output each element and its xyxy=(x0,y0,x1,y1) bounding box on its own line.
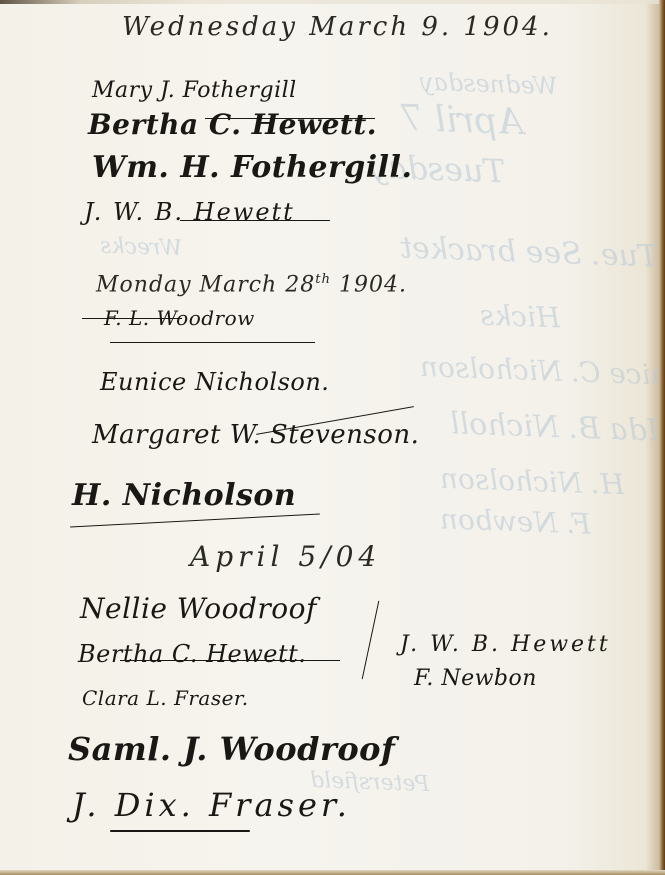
signature: Wm. H. Fothergill. xyxy=(92,150,412,185)
signature: Margaret W. Stevenson. xyxy=(92,420,419,450)
flourish-line xyxy=(205,118,375,119)
bleed-through-text: Eunice C. Nicholson xyxy=(420,350,665,393)
bleed-through-text: Wednesday xyxy=(420,68,558,101)
signature: Eunice Nicholson. xyxy=(100,368,329,396)
entry-date-heading: Monday March 28th 1904. xyxy=(96,272,407,297)
signature: J. W. B. Hewett xyxy=(84,198,295,226)
entry-date-heading: April 5/04 xyxy=(190,540,381,573)
entry-date-ordinal: th xyxy=(315,272,331,287)
flourish-line xyxy=(110,830,250,832)
bleed-through-text: Ida B. Nicholl xyxy=(449,406,659,448)
entry-date-text: Monday March 28 xyxy=(96,272,315,297)
signature: Nellie Woodroof xyxy=(80,592,317,625)
book-binding-edge xyxy=(659,0,665,875)
signature: J. Dix. Fraser. xyxy=(72,786,351,824)
flourish-line xyxy=(70,513,320,527)
signature: Saml. J. Woodroof xyxy=(68,730,395,768)
bleed-through-text: Hicks xyxy=(479,299,560,335)
flourish-line xyxy=(120,660,340,661)
signature: H. Nicholson xyxy=(72,478,296,513)
bleed-through-text: F. Newbon xyxy=(439,502,591,540)
bracket-stroke xyxy=(362,601,380,679)
signature: Mary J. Fothergill xyxy=(92,78,297,103)
register-page: Wednesday April 7 Tuesday Wrecks Tue. Se… xyxy=(0,0,665,875)
signature: Clara L. Fraser. xyxy=(82,686,249,710)
side-signature: F. Newbon xyxy=(414,666,537,691)
bleed-through-text: Wrecks xyxy=(100,234,183,262)
signature: F. L. Woodrow xyxy=(104,306,255,330)
flourish-line xyxy=(110,342,315,343)
bleed-through-text: Tue. See bracket xyxy=(399,231,658,275)
side-signature: J. W. B. Hewett xyxy=(400,632,611,657)
bleed-through-text: April 7 xyxy=(399,98,524,143)
signature: Bertha C. Hewett. xyxy=(88,108,377,141)
entry-date-heading: Wednesday March 9. 1904. xyxy=(122,12,553,42)
entry-date-year: 1904. xyxy=(331,272,407,297)
signature: Bertha C. Hewett. xyxy=(78,640,306,668)
flourish-line xyxy=(180,220,330,221)
bleed-through-text: H. Nicholson xyxy=(439,462,625,501)
